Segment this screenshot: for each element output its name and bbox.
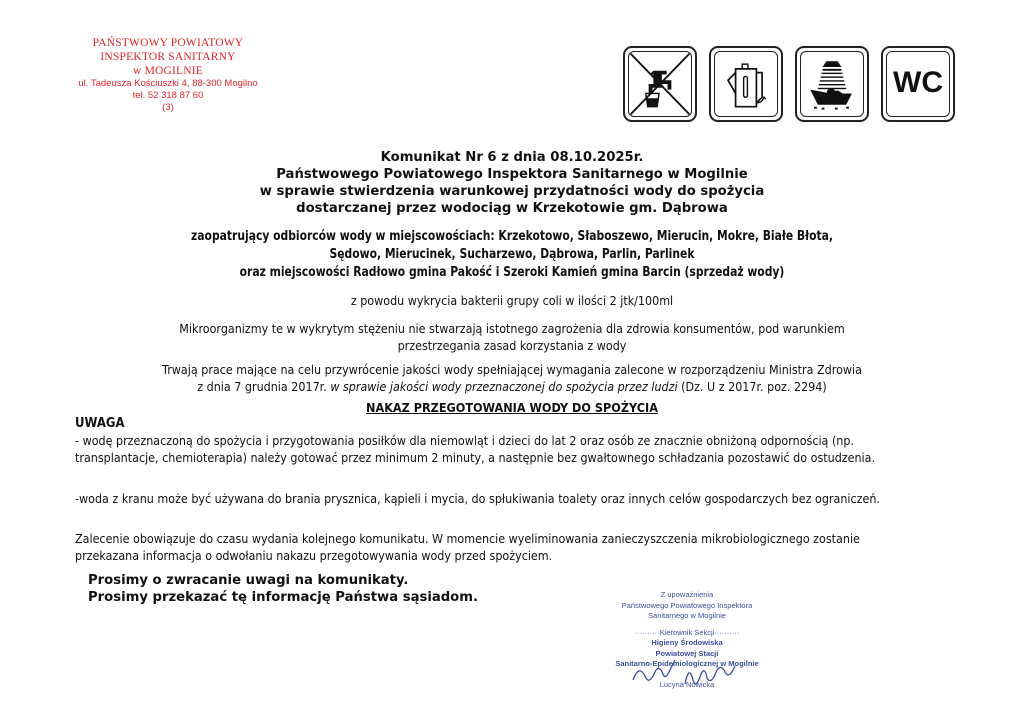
localities-line-3: oraz miejscowości Radłowo gmina Pakość i… [41, 264, 983, 282]
wc-icon: WC [881, 46, 955, 122]
localities-line-1: zaopatrujący odbiorców wody w miejscowoś… [41, 228, 983, 246]
warning-label: UWAGA [75, 416, 125, 431]
electric-kettle-icon [709, 46, 783, 122]
sig-line-4: ··········Kierownik Sekcji·········· [592, 628, 782, 639]
reason-text: z powodu wykrycia bakterii grupy coli w … [51, 292, 973, 309]
sig-line-3: Sanitarnego w Mogilnie [592, 611, 782, 622]
title-line-1: Komunikat Nr 6 z dnia 08.10.2025r. [0, 149, 1024, 166]
regulation-reference: (Dz. U z 2017r. poz. 2294) [678, 379, 827, 394]
stamp-line-2: INSPEKTOR SANITARNY [48, 50, 288, 64]
inspector-stamp: PAŃSTWOWY POWIATOWY INSPEKTOR SANITARNY … [48, 36, 288, 114]
sig-line-6: Powiatowej Stacji [592, 649, 782, 660]
wc-label: WC [883, 66, 953, 100]
handwritten-signature [625, 660, 755, 690]
title-line-4: dostarczanej przez wodociąg w Krzekotowi… [0, 200, 1024, 217]
validity-notice: Zalecenie obowiązuje do czasu wydania ko… [75, 530, 903, 564]
risk-line-2: przestrzegania zasad korzystania z wody [51, 337, 973, 354]
work-line-1: Trwają prace mające na celu przywrócenie… [51, 361, 973, 378]
risk-text: Mikroorganizmy te w wykrytym stężeniu ni… [51, 320, 973, 354]
localities-line-2: Sędowo, Mierucinek, Sucharzewo, Dąbrowa,… [41, 246, 983, 264]
pictogram-row: WC [623, 46, 955, 122]
closing-requests: Prosimy o zwracanie uwagi na komunikaty.… [88, 572, 478, 606]
stamp-number: (3) [48, 102, 288, 114]
stamp-address: ul. Tadeusza Kościuszki 4, 88-300 Mogiln… [48, 78, 288, 90]
stamp-line-3: w MOGILNIE [48, 64, 288, 78]
localities-block: zaopatrujący odbiorców wody w miejscowoś… [41, 228, 983, 282]
boil-instruction: - wodę przeznaczoną do spożycia i przygo… [75, 432, 903, 466]
sig-line-1: Z upoważnienia [592, 590, 782, 601]
title-line-3: w sprawie stwierdzenia warunkowej przyda… [0, 183, 1024, 200]
stamp-phone: tel. 52 318 87 60 [48, 90, 288, 102]
risk-line-1: Mikroorganizmy te w wykrytym stężeniu ni… [51, 320, 973, 337]
closing-line-2: Prosimy przekazać tę informację Państwa … [88, 589, 478, 606]
work-line-2-start: z dnia 7 grudnia 2017r. [197, 379, 330, 394]
work-line-2: z dnia 7 grudnia 2017r. w sprawie jakośc… [51, 378, 973, 395]
stamp-line-1: PAŃSTWOWY POWIATOWY [48, 36, 288, 50]
work-text: Trwają prace mające na celu przywrócenie… [51, 361, 973, 395]
no-drinking-tap-water-icon [623, 46, 697, 122]
announcement-title: Komunikat Nr 6 z dnia 08.10.2025r. Państ… [0, 149, 1024, 217]
sig-line-5: Higieny Środowiska [592, 638, 782, 649]
title-line-2: Państwowego Powiatowego Inspektora Sanit… [0, 166, 1024, 183]
regulation-title: w sprawie jakości wody przeznaczonej do … [330, 379, 677, 394]
shower-bath-icon [795, 46, 869, 122]
order-heading: NAKAZ PRZEGOTOWANIA WODY DO SPOŻYCIA [61, 401, 962, 416]
sig-line-2: Państwowego Powiatowego Inspektora [592, 601, 782, 612]
closing-line-1: Prosimy o zwracanie uwagi na komunikaty. [88, 572, 478, 589]
tap-use-instruction: -woda z kranu może być używana do brania… [75, 490, 903, 507]
